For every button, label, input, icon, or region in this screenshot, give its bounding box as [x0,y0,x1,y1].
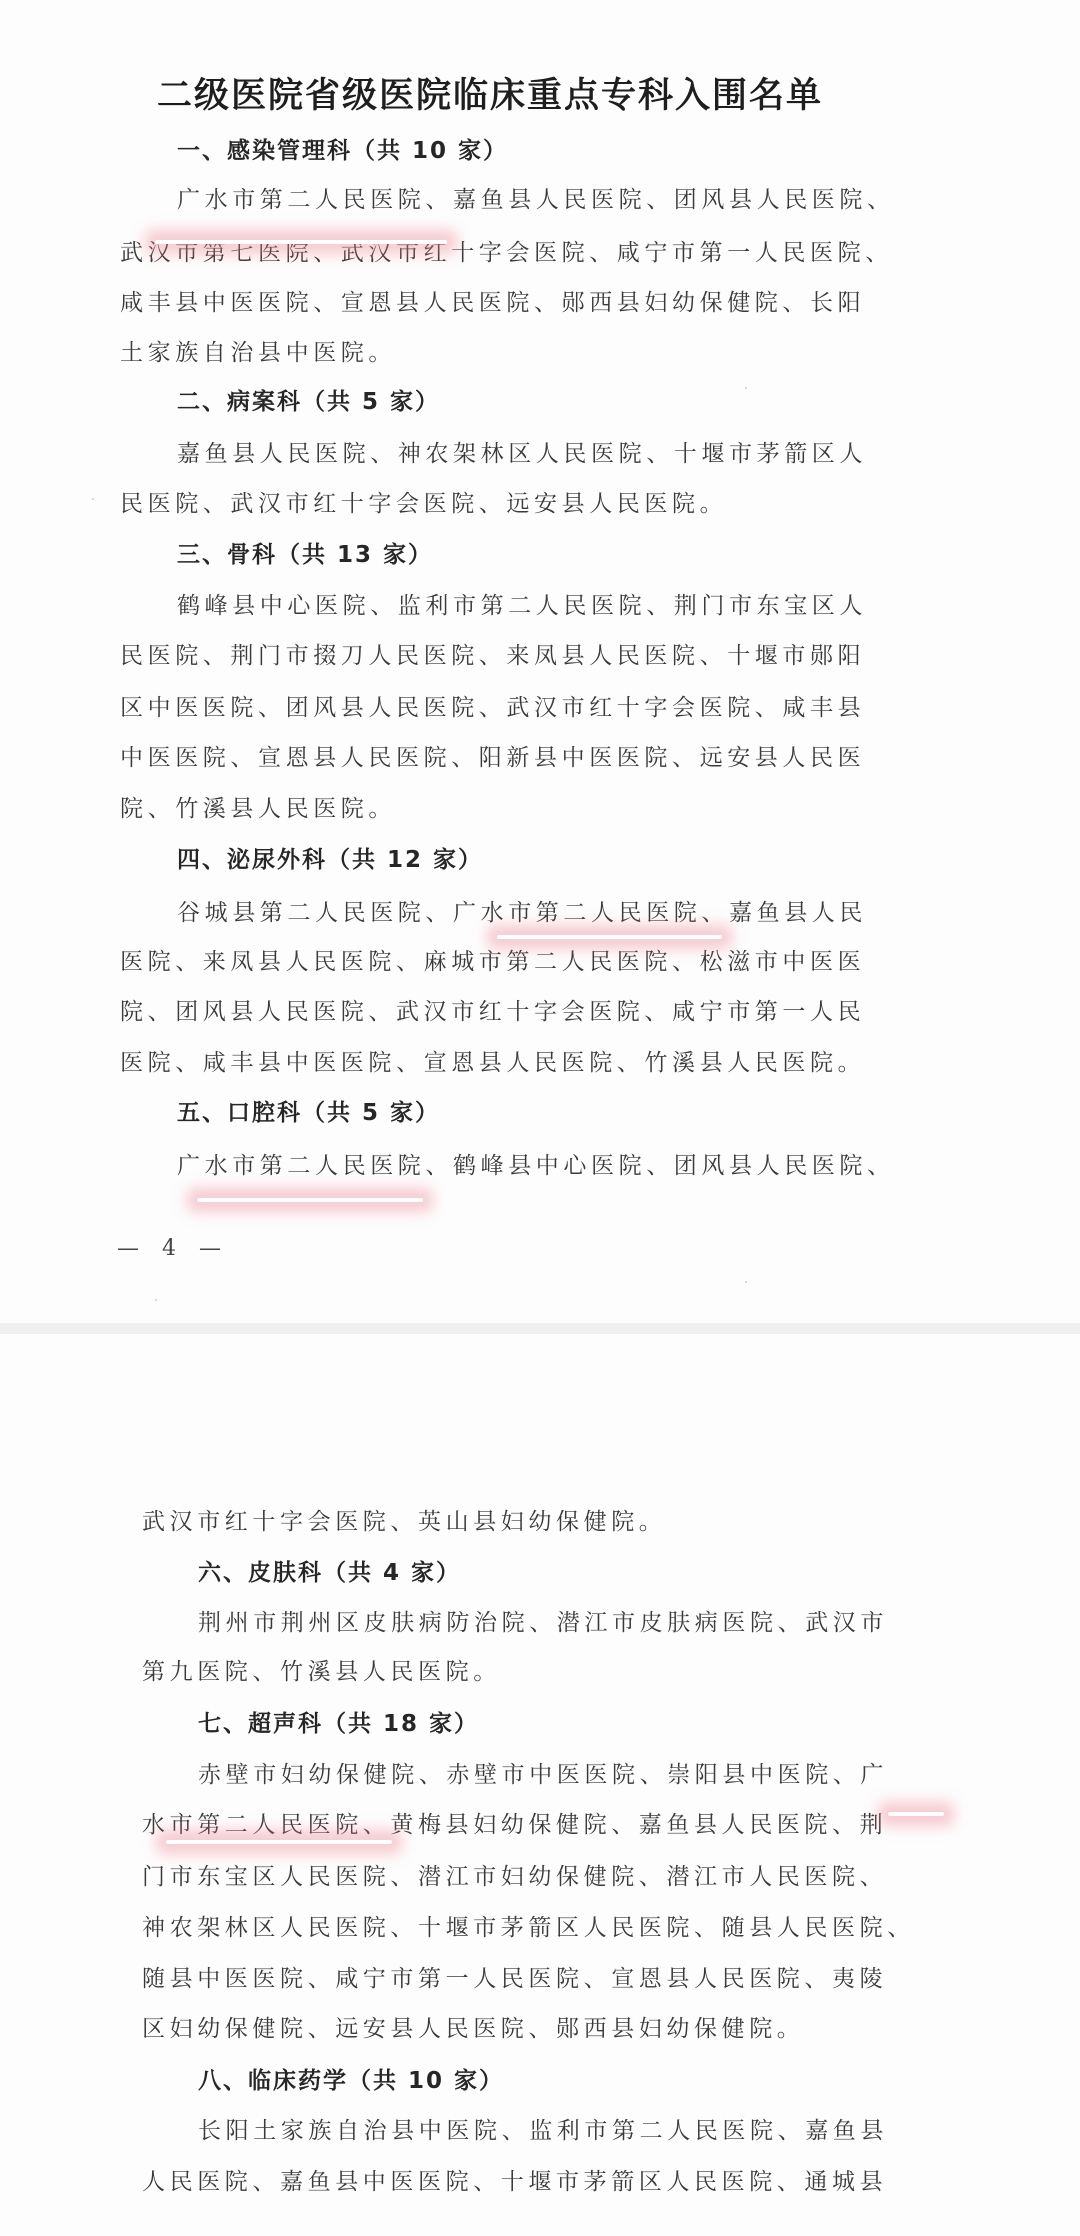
section-text-line: 武汉市红十字会医院、英山县妇幼保健院。 [142,1507,666,1537]
section-text-line: 荆州市荆州区皮肤病防治院、潜江市皮肤病医院、武汉市 [198,1608,888,1638]
section-text-line: 赤壁市妇幼保健院、赤壁市中医医院、崇阳县中医院、广 [198,1760,888,1790]
section-text-line: 民医院、荆门市掇刀人民医院、来凤县人民医院、十堰市郧阳 [120,641,865,671]
page-number: — 4 — [117,1235,229,1263]
page-separator [0,1323,1080,1334]
scan-speck [92,498,94,500]
section-heading-medical-records: 二、病案科（共 5 家） [177,387,440,417]
section-heading-infection-management: 一、感染管理科（共 10 家） [177,136,508,166]
section-heading-ultrasound: 七、超声科（共 18 家） [198,1709,479,1739]
highlight-underline [497,935,722,939]
section-heading-urology: 四、泌尿外科（共 12 家） [177,845,483,875]
section-heading-clinical-pharmacy: 八、临床药学（共 10 家） [198,2066,504,2096]
section-text-line: 广水市第二人民医院、鹤峰县中心医院、团风县人民医院、 [177,1151,895,1181]
section-text-line: 水市第二人民医院、黄梅县妇幼保健院、嘉鱼县人民医院、荆 [142,1810,887,1840]
section-heading-dermatology: 六、皮肤科（共 4 家） [198,1558,461,1588]
section-text-line: 土家族自治县中医院。 [120,338,396,368]
section-text-line: 院、团风县人民医院、武汉市红十字会医院、咸宁市第一人民 [120,997,865,1027]
scan-speck [155,1299,157,1301]
section-text-line: 随县中医医院、咸宁市第一人民医院、宣恩县人民医院、夷陵 [142,1964,887,1994]
document-title: 二级医院省级医院临床重点专科入围名单 [157,74,877,118]
section-text-line: 医院、来凤县人民医院、麻城市第二人民医院、松滋市中医医 [120,947,865,977]
highlight-underline [888,1812,944,1816]
section-text-line: 区中医医院、团风县人民医院、武汉市红十字会医院、咸丰县 [120,693,865,723]
section-text-line: 民医院、武汉市红十字会医院、远安县人民医院。 [120,489,727,519]
section-text-line: 人民医院、嘉鱼县中医医院、十堰市茅箭区人民医院、通城县 [142,2167,887,2197]
highlight-underline [155,240,447,244]
section-text-line: 谷城县第二人民医院、广水市第二人民医院、嘉鱼县人民 [177,898,867,928]
section-text-line: 第九医院、竹溪县人民医院。 [142,1657,501,1687]
section-text-line: 区妇幼保健院、远安县人民医院、郧西县妇幼保健院。 [142,2014,804,2044]
section-text-line: 广水市第二人民医院、嘉鱼县人民医院、团风县人民医院、 [177,185,895,215]
highlight-underline [197,1198,423,1202]
section-text-line: 咸丰县中医医院、宣恩县人民医院、郧西县妇幼保健院、长阳 [120,288,865,318]
section-text-line: 长阳土家族自治县中医院、监利市第二人民医院、嘉鱼县 [198,2116,888,2146]
section-text-line: 嘉鱼县人民医院、神农架林区人民医院、十堰市茅箭区人 [177,439,867,469]
section-text-line: 医院、咸丰县中医医院、宣恩县人民医院、竹溪县人民医院。 [120,1048,865,1078]
section-text-line: 中医医院、宣恩县人民医院、阳新县中医医院、远安县人民医 [120,743,865,773]
section-text-line: 门市东宝区人民医院、潜江市妇幼保健院、潜江市人民医院、 [142,1862,887,1892]
scan-speck [745,387,747,389]
highlight-underline [166,1840,392,1844]
section-text-line: 鹤峰县中心医院、监利市第二人民医院、荆门市东宝区人 [177,591,867,621]
section-heading-stomatology: 五、口腔科（共 5 家） [177,1098,440,1128]
scan-speck [745,1281,747,1283]
section-heading-orthopedics: 三、骨科（共 13 家） [177,540,433,570]
section-text-line: 神农架林区人民医院、十堰市茅箭区人民医院、随县人民医院、 [142,1913,915,1943]
section-text-line: 院、竹溪县人民医院。 [120,794,396,824]
